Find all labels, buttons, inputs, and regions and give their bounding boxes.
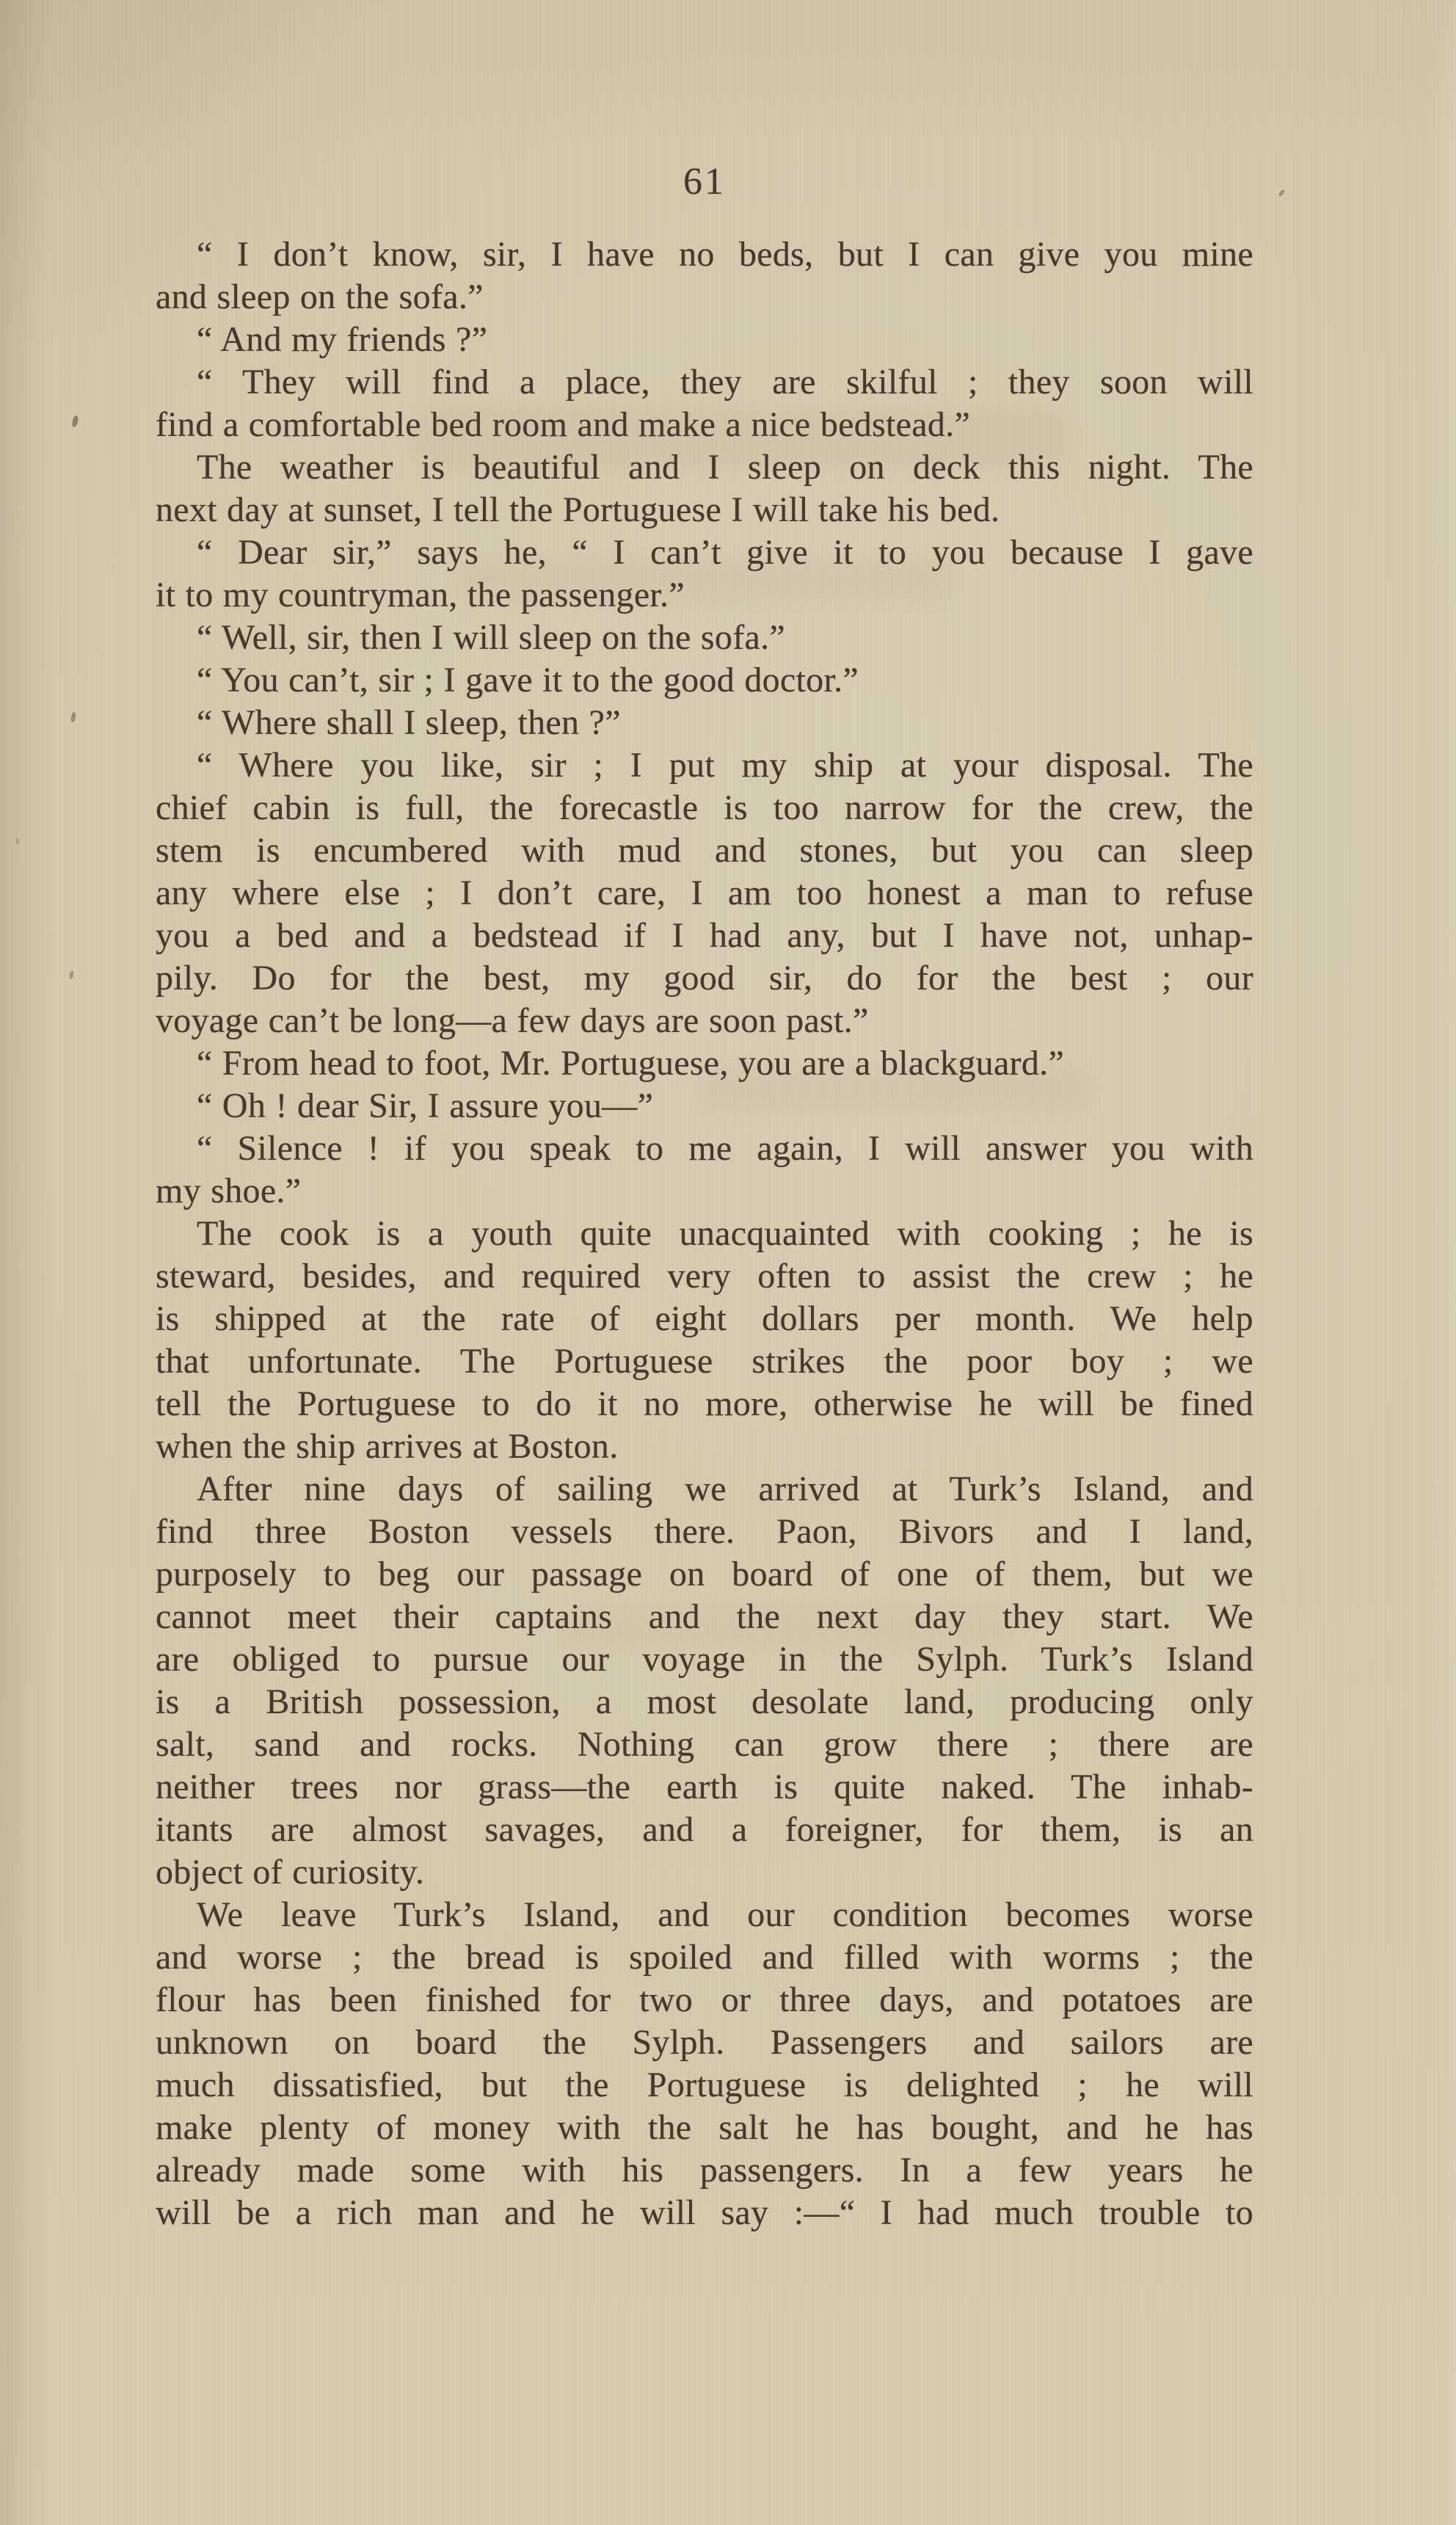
text-line: After nine days of sailing we arrived at… <box>156 1468 1253 1511</box>
text-line: itants are almost savages, and a foreign… <box>156 1809 1253 1851</box>
text-line: The cook is a youth quite unacquainted w… <box>156 1213 1253 1255</box>
text-line: “ And my friends ?” <box>156 319 1253 361</box>
text-line: that unfortunate. The Portuguese strikes… <box>156 1340 1253 1383</box>
text-line: unknown on board the Sylph. Passengers a… <box>156 2021 1253 2064</box>
text-line: “ Silence ! if you speak to me again, I … <box>156 1127 1253 1170</box>
page-text: “ I don’t know, sir, I have no beds, but… <box>156 233 1253 2234</box>
text-line: “ Where shall I sleep, then ?” <box>156 702 1253 744</box>
text-line: We leave Turk’s Island, and our conditio… <box>156 1894 1253 1936</box>
text-line: object of curiosity. <box>156 1851 1253 1894</box>
text-line: “ Well, sir, then I will sleep on the so… <box>156 617 1253 659</box>
text-line: is shipped at the rate of eight dollars … <box>156 1298 1253 1340</box>
text-line: “ Dear sir,” says he, “ I can’t give it … <box>156 531 1253 574</box>
text-line: when the ship arrives at Boston. <box>156 1425 1253 1468</box>
page-number: 61 <box>156 163 1253 201</box>
text-line: steward, besides, and required very ofte… <box>156 1255 1253 1298</box>
text-line: “ Where you like, sir ; I put my ship at… <box>156 744 1253 787</box>
text-line: will be a rich man and he will say :—“ I… <box>156 2192 1253 2234</box>
text-line: neither trees nor grass—the earth is qui… <box>156 1766 1253 1809</box>
text-line: pily. Do for the best, my good sir, do f… <box>156 957 1253 1000</box>
text-line: “ I don’t know, sir, I have no beds, but… <box>156 233 1253 276</box>
book-page: 61 “ I don’t know, sir, I have no beds, … <box>0 0 1456 2525</box>
text-line: is a British possession, a most desolate… <box>156 1681 1253 1723</box>
text-line: and worse ; the bread is spoiled and fil… <box>156 1936 1253 1979</box>
text-line: “ Oh ! dear Sir, I assure you—” <box>156 1085 1253 1127</box>
text-line: flour has been finished for two or three… <box>156 1979 1253 2021</box>
text-line: “ You can’t, sir ; I gave it to the good… <box>156 659 1253 702</box>
text-line: it to my countryman, the passenger.” <box>156 574 1253 617</box>
ink-speck <box>16 838 19 844</box>
text-line: tell the Portuguese to do it no more, ot… <box>156 1383 1253 1425</box>
text-line: stem is encumbered with mud and stones, … <box>156 829 1253 872</box>
text-line: find a comfortable bed room and make a n… <box>156 404 1253 446</box>
text-line: purposely to beg our passage on board of… <box>156 1553 1253 1596</box>
text-line: find three Boston vessels there. Paon, B… <box>156 1511 1253 1553</box>
text-line: salt, sand and rocks. Nothing can grow t… <box>156 1723 1253 1766</box>
text-line: chief cabin is full, the forecastle is t… <box>156 787 1253 829</box>
text-line: my shoe.” <box>156 1170 1253 1213</box>
text-line: “ From head to foot, Mr. Portuguese, you… <box>156 1042 1253 1085</box>
text-line: cannot meet their captains and the next … <box>156 1596 1253 1638</box>
text-line: The weather is beautiful and I sleep on … <box>156 446 1253 489</box>
text-line: next day at sunset, I tell the Portugues… <box>156 489 1253 531</box>
text-line: you a bed and a bedstead if I had any, b… <box>156 915 1253 957</box>
text-line: and sleep on the sofa.” <box>156 276 1253 319</box>
text-line: are obliged to pursue our voyage in the … <box>156 1638 1253 1681</box>
text-line: voyage can’t be long—a few days are soon… <box>156 1000 1253 1042</box>
text-line: make plenty of money with the salt he ha… <box>156 2107 1253 2149</box>
text-line: already made some with his passengers. I… <box>156 2149 1253 2192</box>
text-line: “ They will find a place, they are skilf… <box>156 361 1253 404</box>
text-line: much dissatisfied, but the Portuguese is… <box>156 2064 1253 2107</box>
text-line: any where else ; I don’t care, I am too … <box>156 872 1253 915</box>
